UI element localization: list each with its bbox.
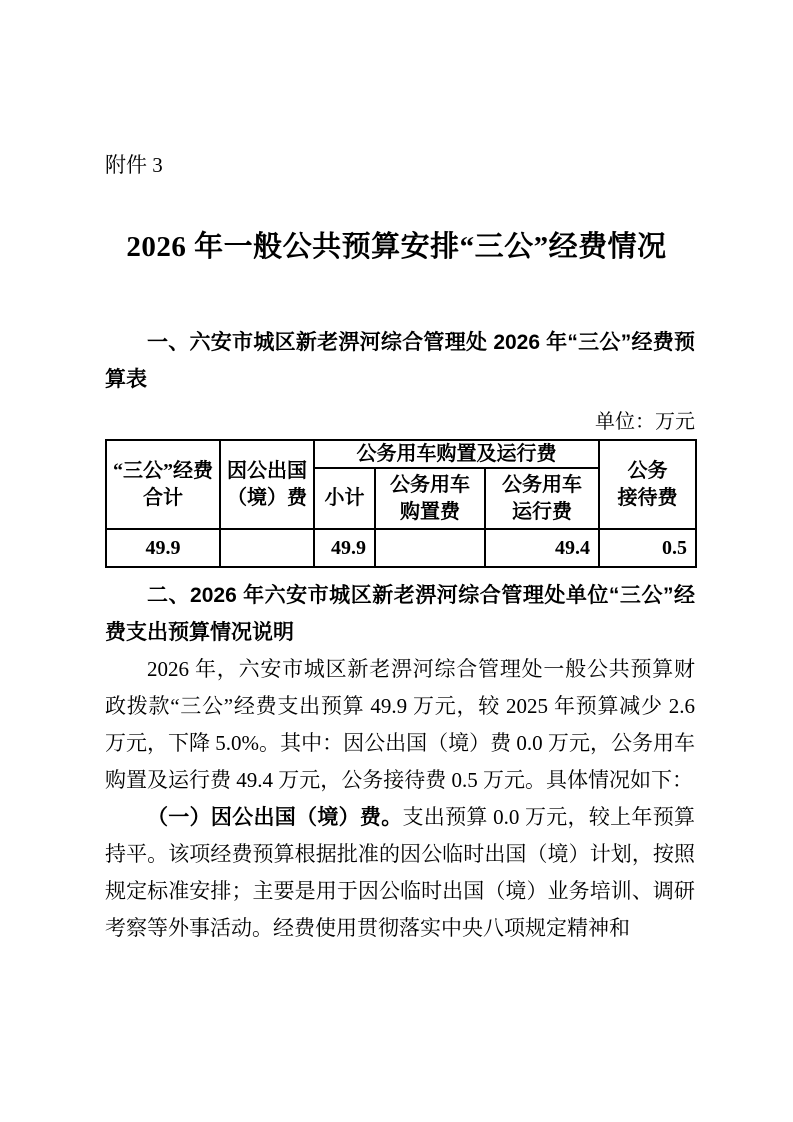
cell-abroad bbox=[220, 529, 314, 567]
section1-heading: 一、六安市城区新老淠河综合管理处 2026 年“三公”经费预算表 bbox=[105, 324, 695, 398]
cell-vehicle-purchase bbox=[375, 529, 485, 567]
table-row: 49.9 49.9 49.4 0.5 bbox=[106, 529, 696, 567]
item1-paragraph: （一）因公出国（境）费。支出预算 0.0 万元，较上年预算持平。该项经费预算根据… bbox=[105, 799, 695, 947]
cell-vehicle-operation: 49.4 bbox=[485, 529, 599, 567]
col-header-abroad: 因公出国 （境）费 bbox=[220, 440, 314, 529]
col-header-vehicle-operation: 公务用车 运行费 bbox=[485, 468, 599, 529]
document-page: 附件 3 2026 年一般公共预算安排“三公”经费情况 一、六安市城区新老淠河综… bbox=[0, 0, 793, 1122]
col-header-total: “三公”经费 合计 bbox=[106, 440, 220, 529]
section2-heading: 二、2026 年六安市城区新老淠河综合管理处单位“三公”经费支出预算情况说明 bbox=[105, 577, 695, 651]
budget-table: “三公”经费 合计 因公出国 （境）费 公务用车购置及运行费 公务 接待费 小计… bbox=[105, 439, 697, 568]
col-header-reception: 公务 接待费 bbox=[599, 440, 696, 529]
cell-total: 49.9 bbox=[106, 529, 220, 567]
col-header-vehicle-purchase: 公务用车 购置费 bbox=[375, 468, 485, 529]
cell-reception: 0.5 bbox=[599, 529, 696, 567]
section2-paragraph: 2026 年，六安市城区新老淠河综合管理处一般公共预算财政拨款“三公”经费支出预… bbox=[105, 651, 695, 799]
page-title: 2026 年一般公共预算安排“三公”经费情况 bbox=[60, 224, 733, 270]
col-header-vehicle-group: 公务用车购置及运行费 bbox=[314, 440, 599, 468]
cell-vehicle-subtotal: 49.9 bbox=[314, 529, 375, 567]
attachment-label: 附件 3 bbox=[105, 0, 695, 180]
item1-label: （一）因公出国（境）费。 bbox=[147, 805, 402, 829]
col-header-vehicle-subtotal: 小计 bbox=[314, 468, 375, 529]
table-header-row-1: “三公”经费 合计 因公出国 （境）费 公务用车购置及运行费 公务 接待费 bbox=[106, 440, 696, 468]
unit-label: 单位：万元 bbox=[105, 406, 695, 439]
